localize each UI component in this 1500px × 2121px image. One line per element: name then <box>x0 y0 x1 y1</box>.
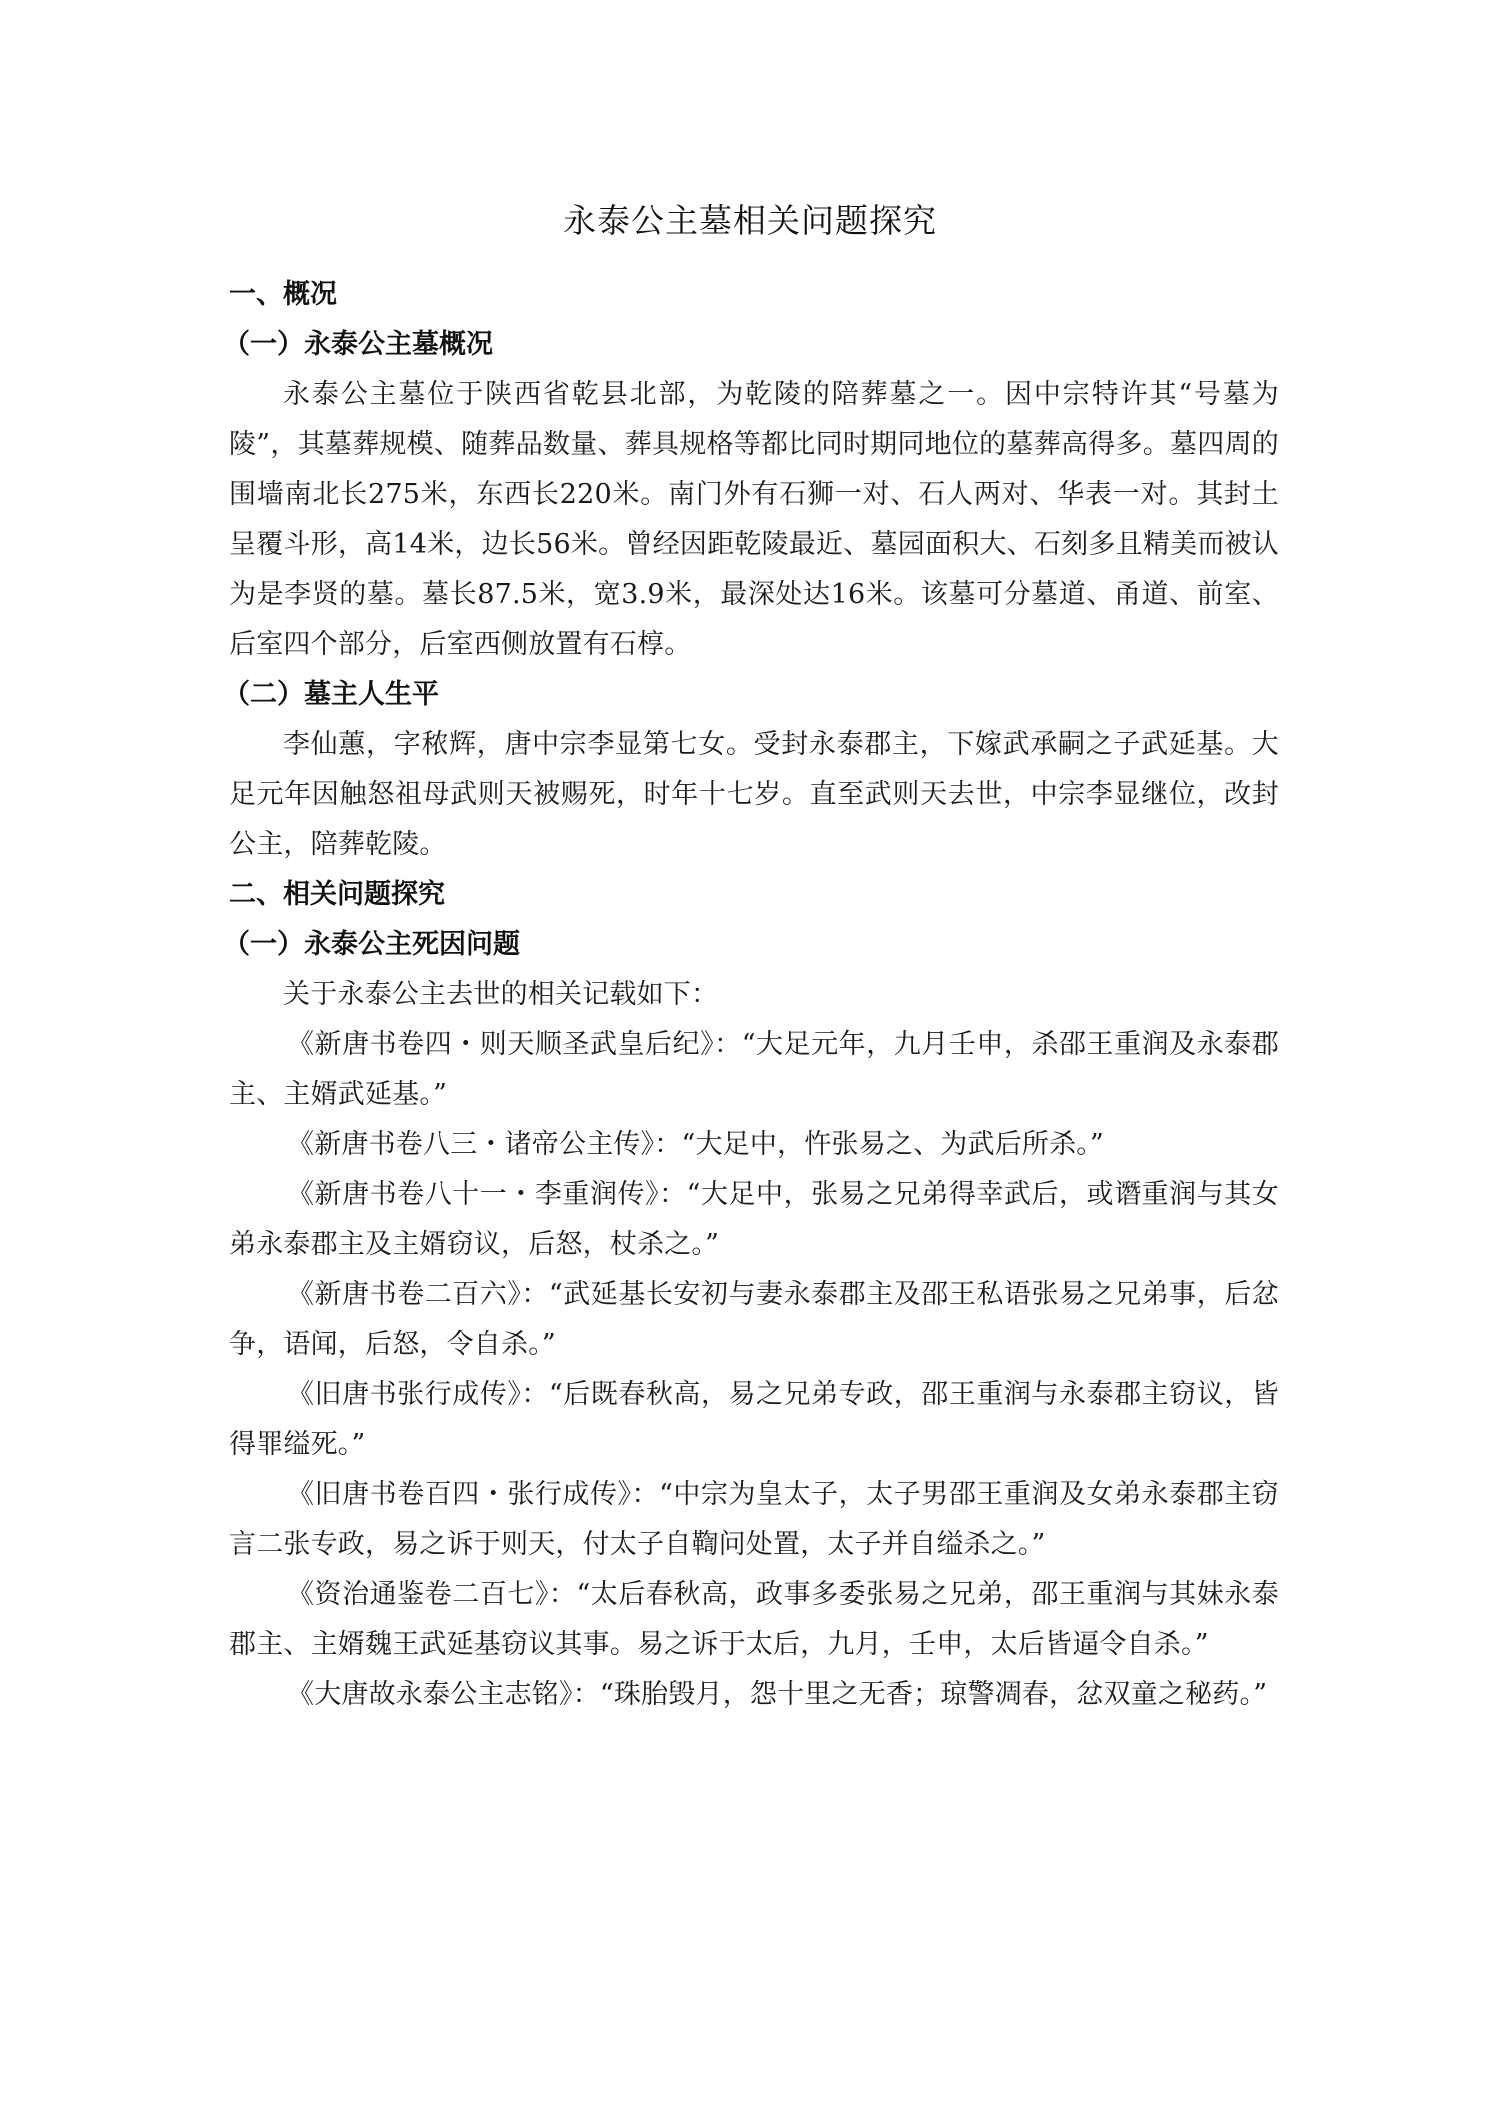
document-body: 一、概况 （一）永泰公主墓概况 永泰公主墓位于陕西省乾县北部，为乾陵的陪葬墓之一… <box>229 270 1279 1720</box>
quote-xintangshu-vol206: 《新唐书卷二百六》：“武延基长安初与妻永泰郡主及邵王私语张易之兄弟事，后忿争，语… <box>229 1270 1279 1370</box>
document-title: 永泰公主墓相关问题探究 <box>0 196 1500 246</box>
subsection-heading-cause-of-death: （一）永泰公主死因问题 <box>223 920 1279 970</box>
quote-zizhitongjian-vol207: 《资治通鉴卷二百七》：“太后春秋高，政事多委张易之兄弟，邵王重润与其妹永泰郡主、… <box>229 1570 1279 1670</box>
quote-xintangshu-vol83: 《新唐书卷八三・诸帝公主传》：“大足中，忤张易之、为武后所杀。” <box>229 1120 1279 1170</box>
paragraph-tomb-description: 永泰公主墓位于陕西省乾县北部，为乾陵的陪葬墓之一。因中宗特许其“号墓为陵”，其墓… <box>229 370 1279 670</box>
quote-jiutangshu-zhangxingcheng: 《旧唐书张行成传》：“后既春秋高，易之兄弟专政，邵王重润与永泰郡主窃议，皆得罪缢… <box>229 1370 1279 1470</box>
section-heading-related-issues: 二、相关问题探究 <box>229 870 1279 920</box>
subsection-heading-tomb-owner-biography: （二）墓主人生平 <box>223 670 1279 720</box>
quote-xintangshu-vol4: 《新唐书卷四・则天顺圣武皇后纪》：“大足元年，九月壬申，杀邵王重润及永泰郡主、主… <box>229 1020 1279 1120</box>
quote-xintangshu-vol81: 《新唐书卷八十一・李重润传》：“大足中，张易之兄弟得幸武后，或谮重润与其女弟永泰… <box>229 1170 1279 1270</box>
quote-jiutangshu-vol104: 《旧唐书卷百四・张行成传》：“中宗为皇太子，太子男邵王重润及女弟永泰郡主窃言二张… <box>229 1470 1279 1570</box>
document-page: 永泰公主墓相关问题探究 一、概况 （一）永泰公主墓概况 永泰公主墓位于陕西省乾县… <box>0 0 1500 2121</box>
subsection-heading-tomb-overview: （一）永泰公主墓概况 <box>223 320 1279 370</box>
section-heading-overview: 一、概况 <box>229 270 1279 320</box>
paragraph-records-intro: 关于永泰公主去世的相关记载如下： <box>229 970 1279 1020</box>
paragraph-owner-biography: 李仙蕙，字秾辉，唐中宗李显第七女。受封永泰郡主，下嫁武承嗣之子武延基。大足元年因… <box>229 720 1279 870</box>
quote-epitaph: 《大唐故永泰公主志铭》：“珠胎毁月，怨十里之无香；琼警凋春，忿双童之秘药。” <box>229 1670 1279 1720</box>
